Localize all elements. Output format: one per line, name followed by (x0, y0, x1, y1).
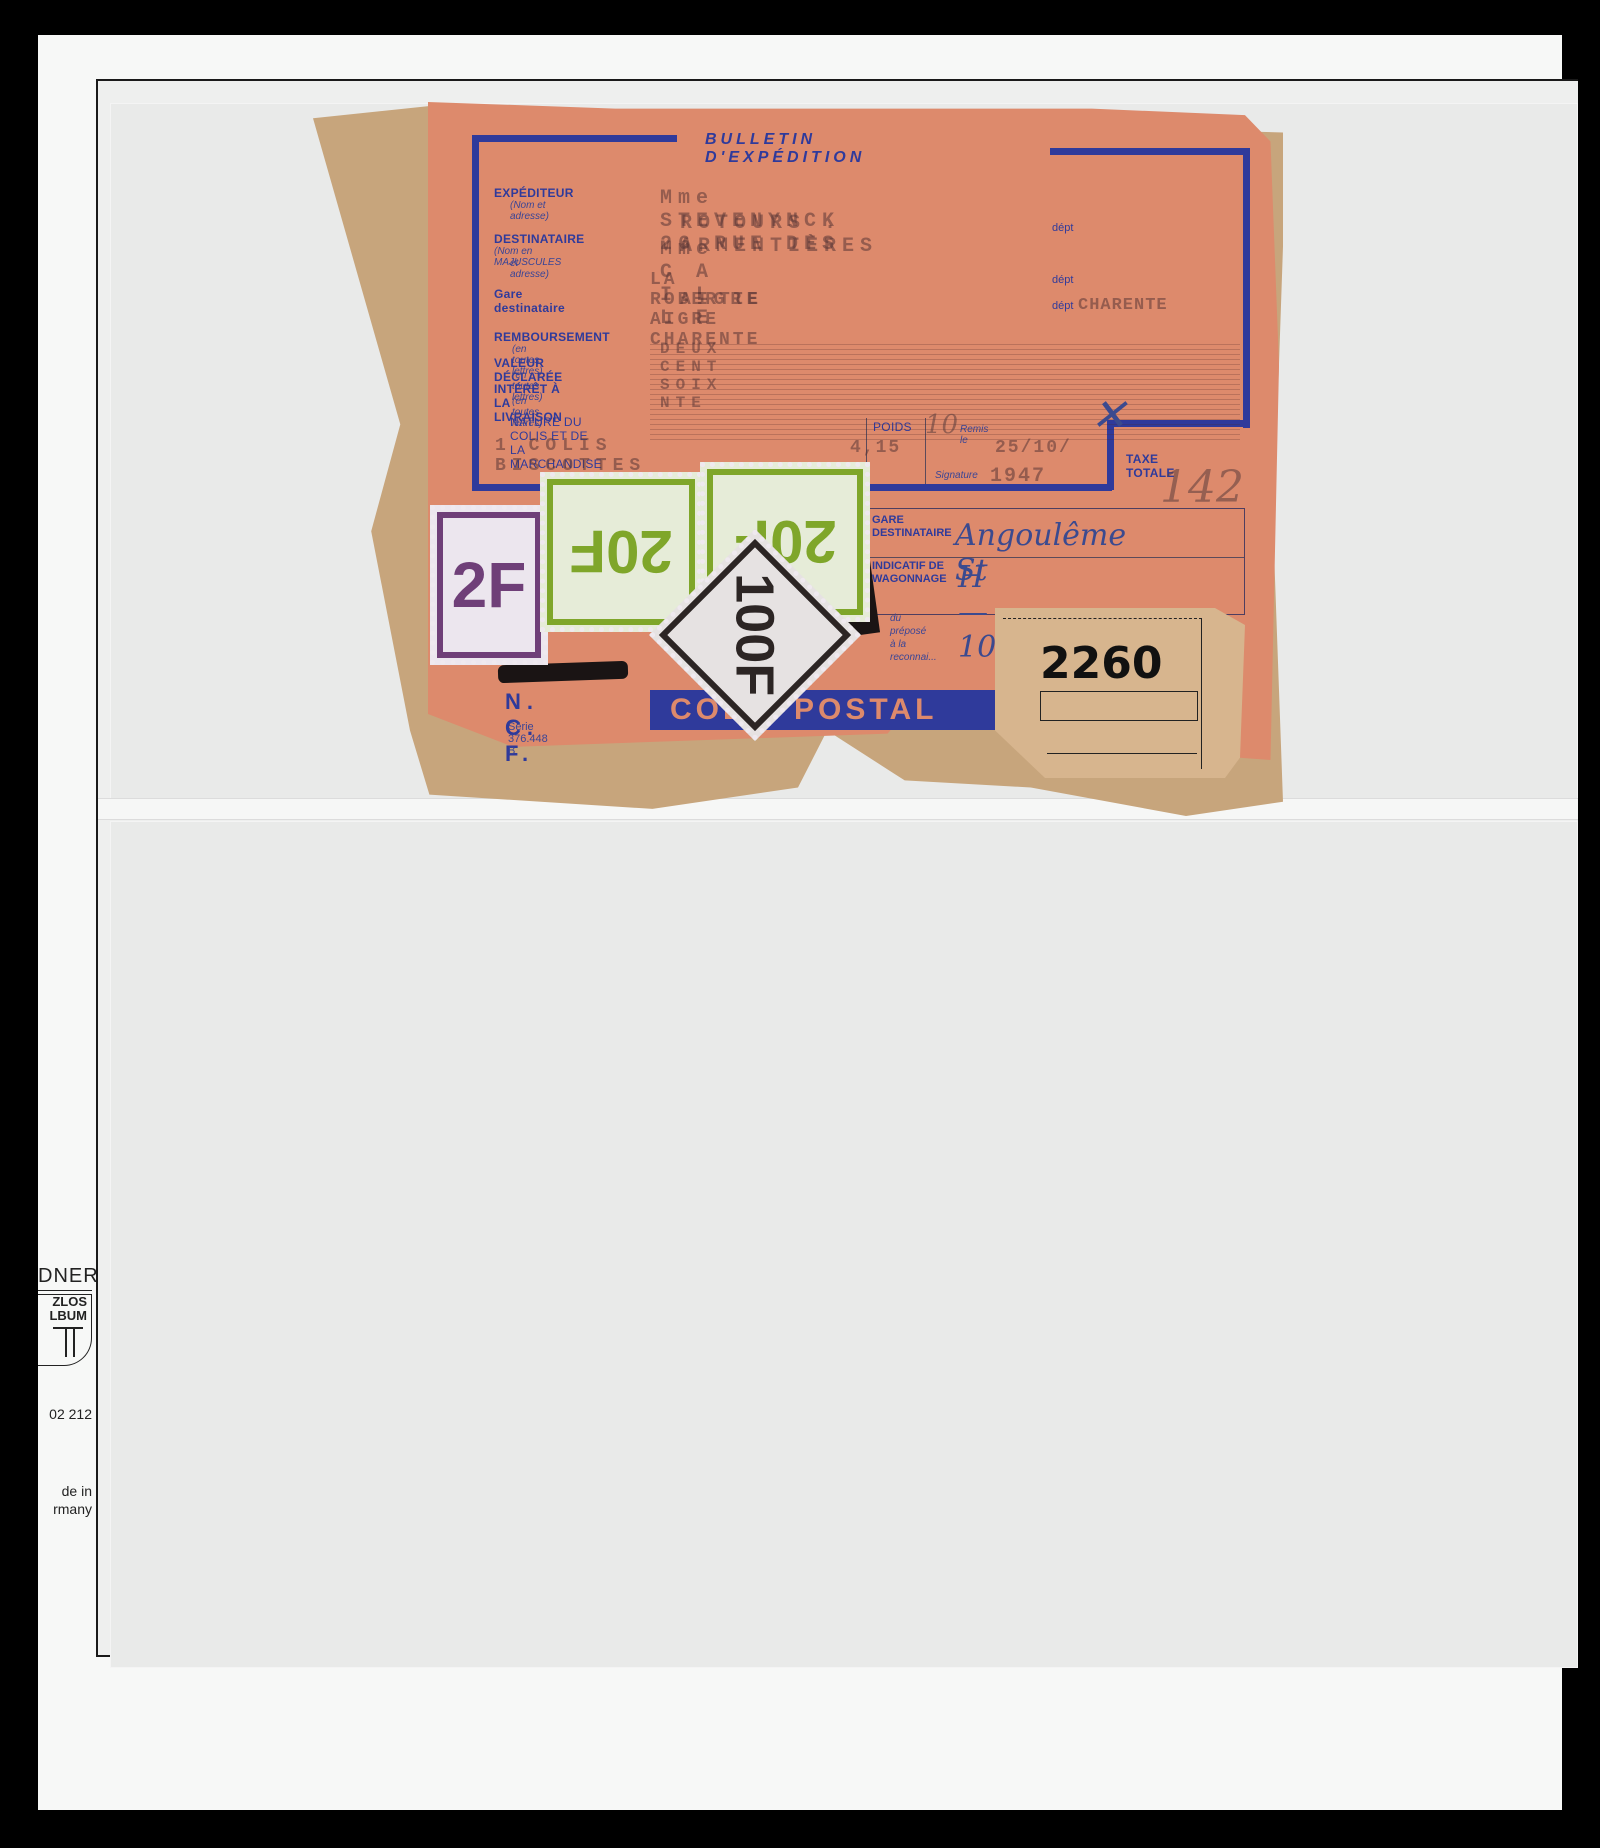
destinataire-value-2: LA ROBERTIE AIGRE CHARENTE (650, 270, 760, 350)
brand-shield-icon: ZLOS LBUM (38, 1294, 92, 1366)
gare-label: Gare destinataire (494, 287, 565, 315)
stamp-2f: 2F (430, 505, 548, 665)
serie-number: Série 376.448 B (508, 721, 548, 757)
cross-mark: ✕ (1090, 390, 1127, 441)
parcel-number-label: 2260 (995, 608, 1245, 778)
bulletin-title: BULLETIN D'EXPÉDITION (705, 131, 865, 167)
album-brand-logo: DNER ZLOS LBUM 02 212 de in rmany (38, 1265, 92, 1518)
destinataire-value-3: AIGRE (680, 290, 764, 310)
strip-divider (98, 798, 1578, 820)
colis-postal-banner: COLIS POSTAL (650, 690, 1030, 730)
remboursement-label: REMBOURSEMENT (494, 330, 610, 344)
brand-name: DNER (38, 1265, 92, 1291)
wagonnage-handwritten: H — 10 (958, 560, 996, 665)
taxe-totale-value: 142 (1160, 462, 1244, 513)
parcel-number: 2260 (1040, 638, 1162, 689)
dept-value: CHARENTE (1078, 296, 1168, 315)
year-value: 1947 (990, 465, 1046, 488)
remboursement-value: DEUX CENT SOIX NTE (660, 340, 722, 412)
made-in-germany: de in rmany (38, 1482, 92, 1518)
page-code: 02 212 (38, 1406, 92, 1422)
nature-value: 1 COLIS BISCOTTES (495, 436, 646, 476)
stock-strip-2 (110, 821, 1578, 1668)
destinataire-label: DESTINATAIRE (494, 232, 585, 246)
date-value: 25/10/ (995, 438, 1072, 458)
poids-handwritten: 10 (925, 410, 958, 440)
poids-value: 4,15 (850, 438, 901, 458)
expediteur-label: EXPÉDITEUR (494, 186, 574, 200)
